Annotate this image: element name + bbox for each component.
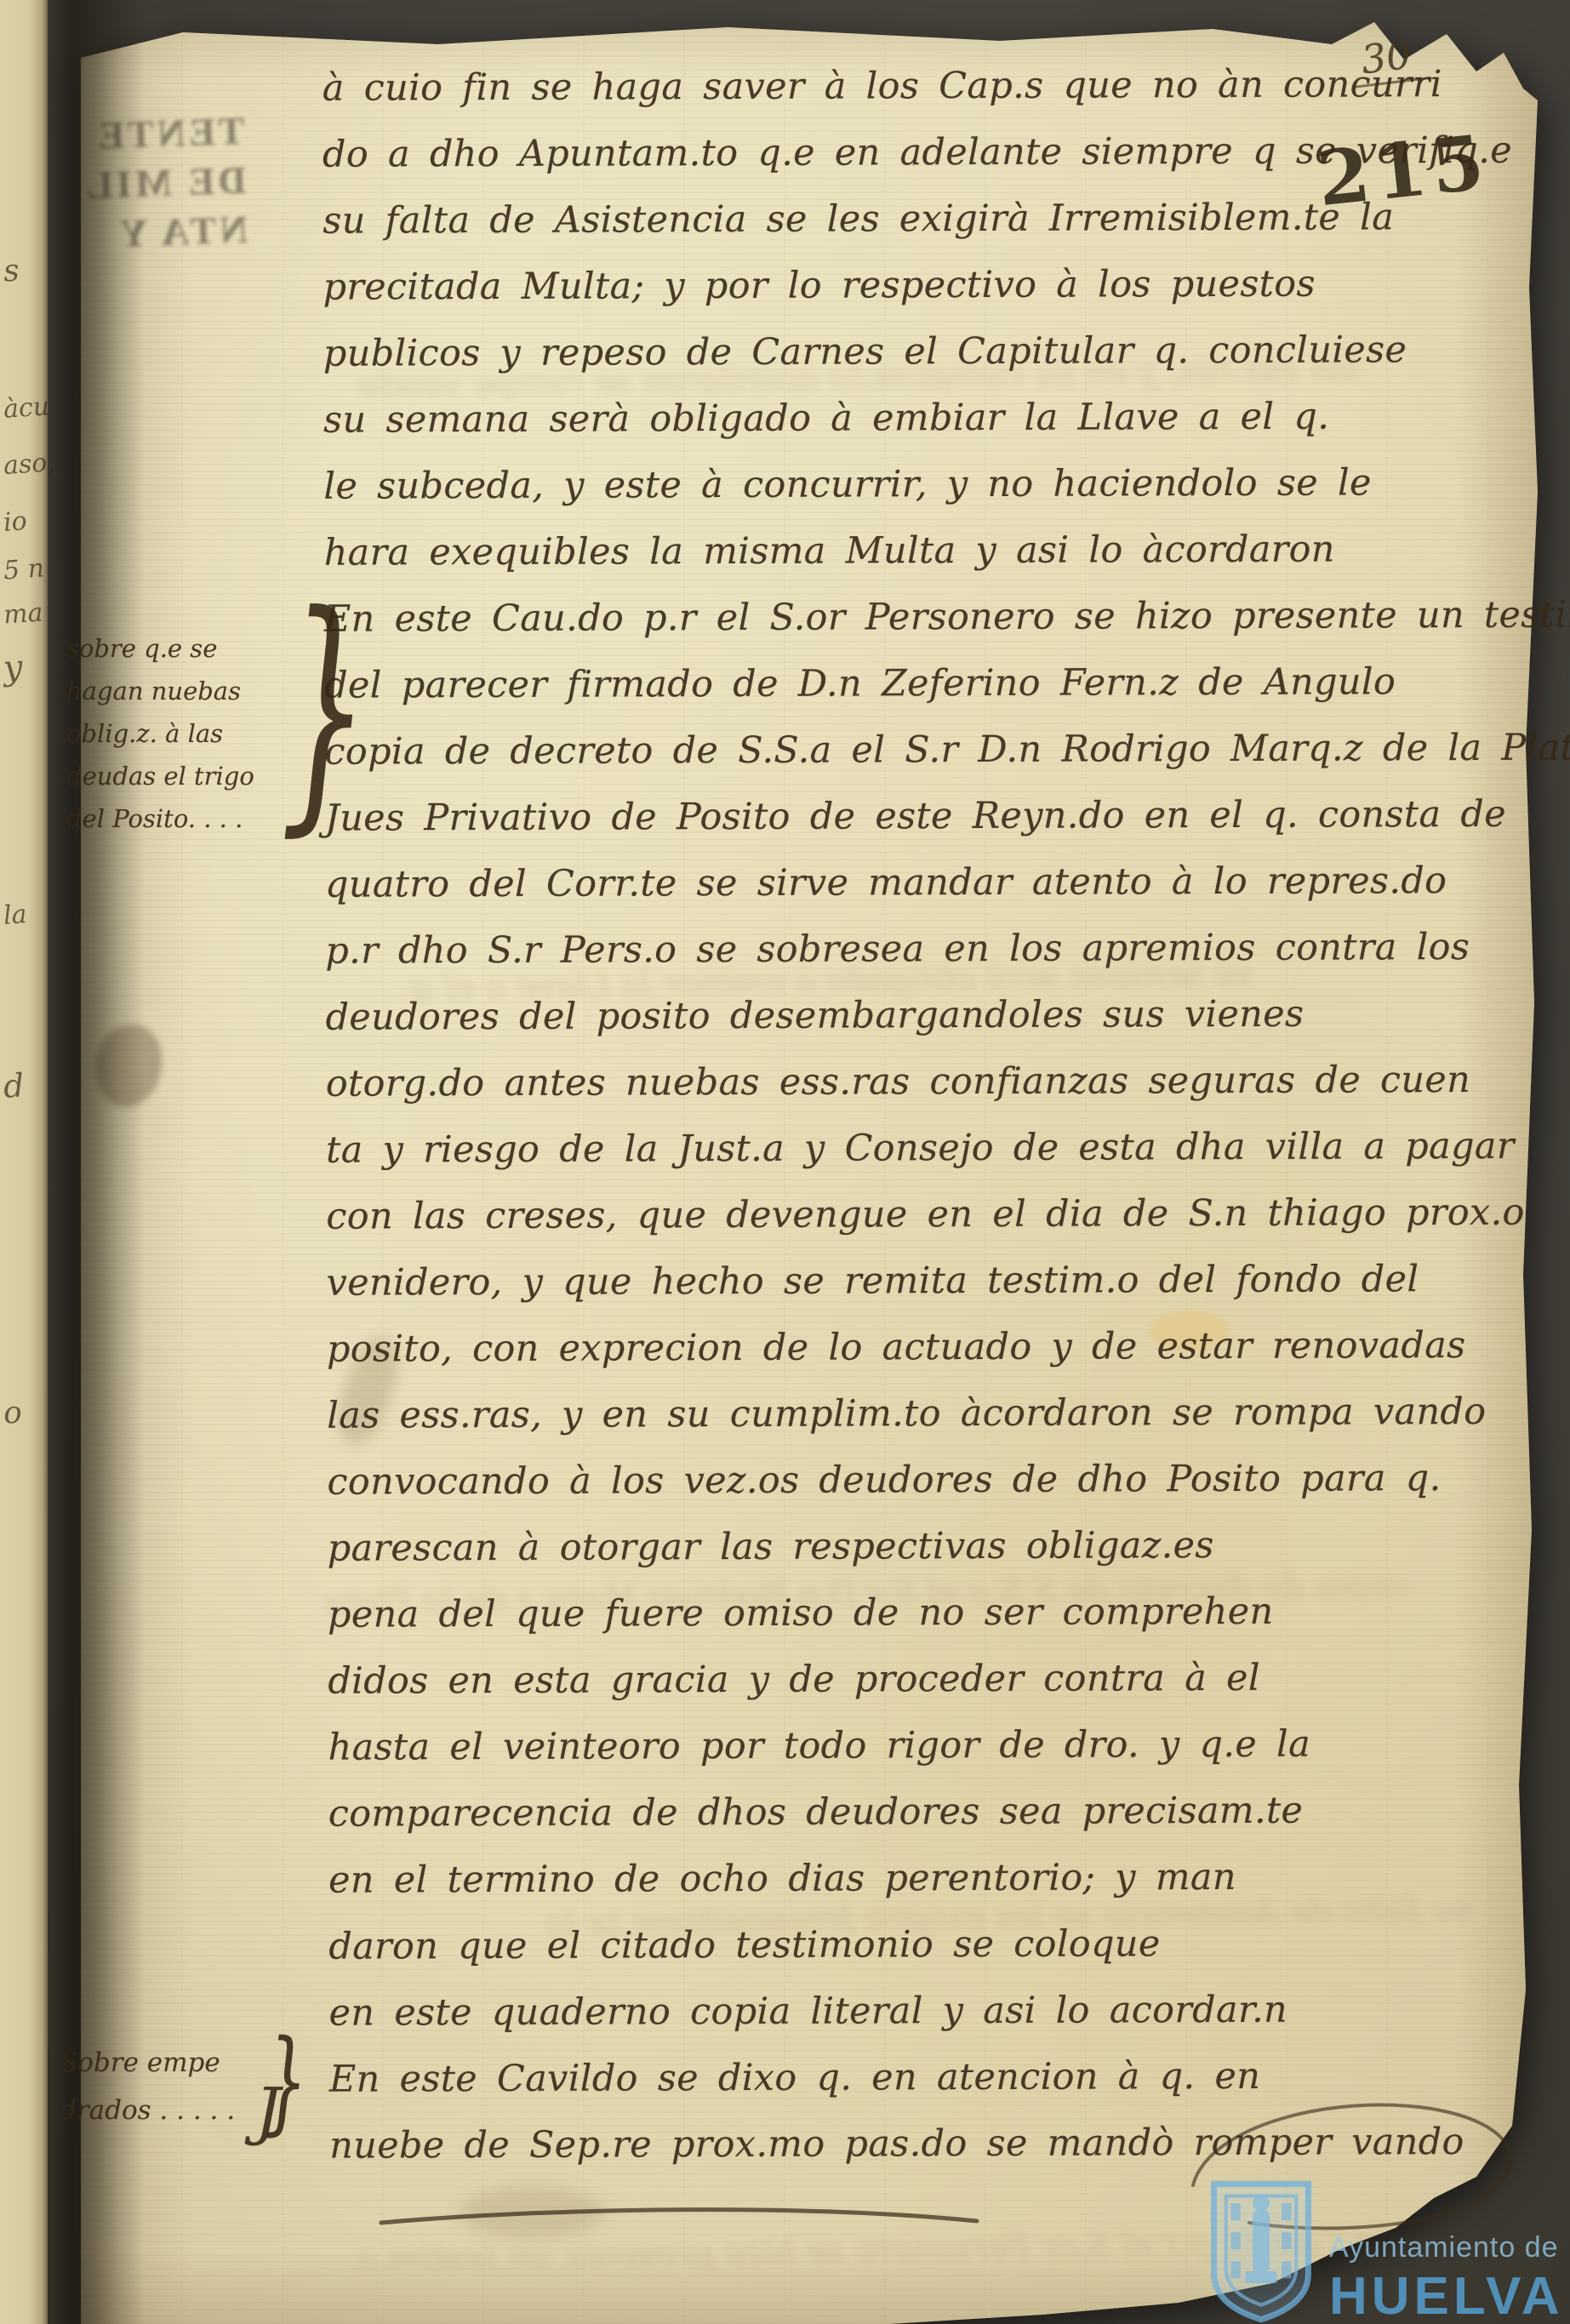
manuscript-line: Jues Privativo de Posito de este Reyn.do… (325, 792, 1570, 863)
manuscript-line: hara exequibles la misma Multa y asi lo … (324, 527, 1570, 597)
paragraph-mark: J (255, 2075, 281, 2148)
manuscript-line: con las creses, que devengue en el dia d… (326, 1191, 1570, 1261)
previous-page-text-fragment: y (2, 648, 24, 688)
previous-page-text-fragment: àcu (3, 391, 50, 425)
previous-page-text-fragment: ma (3, 597, 44, 630)
bleed-through-print-line: DE MIL (83, 156, 247, 211)
previous-page-text-fragment: d (2, 1066, 25, 1105)
manuscript-line: en este quaderno copia literal y asi lo … (329, 1987, 1570, 2058)
previous-page-text-fragment: s (3, 253, 20, 288)
manuscript-line: hasta el veinteoro por todo rigor de dro… (328, 1722, 1570, 1792)
manuscript-line: otorg.do antes nuebas ess.ras confianzas… (326, 1058, 1570, 1128)
bleed-through-print-line: TENTE (81, 106, 245, 162)
bleed-through-print: TENTEDE MILNTA Y (81, 106, 248, 260)
margin-note-line: sobre q.e se (66, 627, 262, 670)
manuscript-line: p.r dho S.r Pers.o se sobresea en los ap… (325, 925, 1570, 996)
margin-note-line: Sobre empe (60, 2039, 255, 2087)
manuscript-line: posito, con exprecion de lo actuado y de… (327, 1323, 1570, 1394)
previous-page-text-fragment: la (3, 899, 28, 931)
scanned-manuscript: sàcuaso,io5 nmaylado TENTEDE MILNTA Y la… (0, 0, 1570, 2324)
margin-note-line: oblig.z. à las (66, 712, 262, 755)
previous-page-text-fragment: io (3, 506, 28, 538)
bleed-through-print-line: NTA Y (84, 205, 248, 260)
watermark-city-name: HUELVA (1329, 2266, 1564, 2324)
manuscript-line: comparecencia de dhos deudores sea preci… (328, 1788, 1570, 1859)
manuscript-line: do a dho Apuntam.to q.e en adelante siem… (323, 128, 1570, 199)
manuscript-line: à cuio fin se haga saver à los Cap.s que… (323, 62, 1570, 133)
manuscript-line: convocando à los vez.os deudores de dho … (327, 1456, 1570, 1527)
manuscript-line: parescan à otorgar las respectivas oblig… (328, 1522, 1570, 1593)
manuscript-line: daron que el citado testimonio se coloqu… (328, 1921, 1570, 1991)
margin-note-line: deudas el trigo (66, 755, 262, 797)
manuscript-line: precitada Multa; y por lo respectivo à l… (323, 261, 1570, 332)
manuscript-line: su falta de Asistencia se les exigirà Ir… (323, 195, 1570, 266)
manuscript-line: en el termino de ocho dias perentorio; y… (328, 1854, 1570, 1925)
manuscript-line: las ess.ras, y en su cumplim.to àcordaro… (327, 1390, 1570, 1460)
manuscript-line: copia de decreto de S.S.a el S.r D.n Rod… (324, 726, 1570, 797)
margin-note-line: hagan nuebas (66, 670, 262, 712)
manuscript-line: publicos y repeso de Carnes el Capitular… (323, 328, 1570, 398)
previous-page-text-fragment: o (3, 1395, 23, 1430)
manuscript-line: pena del que fuere omiso de no ser compr… (328, 1589, 1570, 1659)
manuscript-line: deudores del posito desembargandoles sus… (325, 991, 1570, 1062)
previous-page-edge: sàcuaso,io5 nmaylado (0, 0, 48, 2324)
manuscript-line: del parecer firmado de D.n Zeferino Fern… (324, 660, 1570, 730)
manuscript-line: ta y riesgo de la Just.a y Consejo de es… (326, 1124, 1570, 1195)
margin-note-line: drados . . . . . (60, 2087, 255, 2134)
manuscript-line: En este Cau.do p.r el S.or Personero se … (324, 593, 1570, 664)
manuscript-line: le subceda, y este à concurrir, y no hac… (323, 460, 1570, 531)
manuscript-body-text: à cuio fin se haga saver à los Cap.s que… (323, 62, 1570, 2190)
watermark-org-name: Ayuntamiento de (1329, 2231, 1564, 2264)
previous-page-text-fragment: aso, (3, 448, 56, 481)
margin-note-line: del Posito. . . . (66, 797, 262, 840)
manuscript-line: venidero, y que hecho se remita testim.o… (327, 1257, 1570, 1328)
huelva-watermark: Ayuntamiento de HUELVA (1207, 2178, 1564, 2324)
manuscript-line: quatro del Corr.te se sirve mandar atent… (325, 859, 1570, 929)
huelva-shield-icon (1207, 2178, 1316, 2324)
margin-note-obligations: sobre q.e sehagan nuebasoblig.z. à lasde… (66, 627, 262, 840)
huelva-watermark-text: Ayuntamiento de HUELVA (1329, 2178, 1564, 2324)
manuscript-line: En este Cavildo se dixo q. en atencion à… (329, 2053, 1570, 2124)
manuscript-line: su semana serà obligado à embiar la Llav… (323, 394, 1570, 465)
manuscript-line: didos en esta gracia y de proceder contr… (328, 1655, 1570, 1726)
margin-note-paving: Sobre empedrados . . . . . (60, 2039, 255, 2134)
previous-page-text-fragment: 5 n (3, 553, 45, 585)
